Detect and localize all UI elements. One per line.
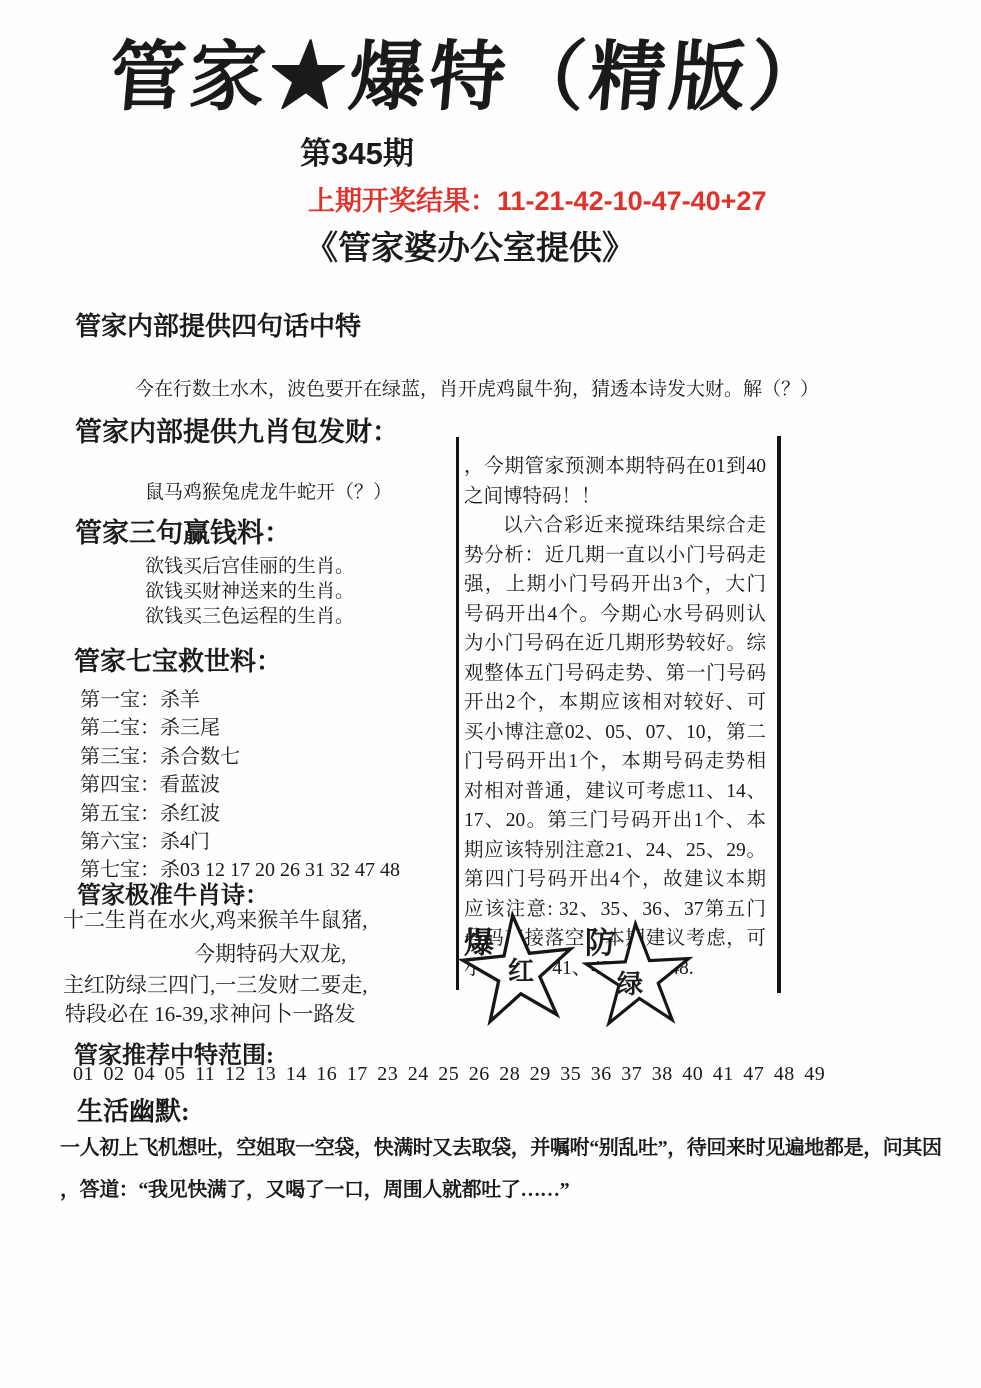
issue-number: 第345期 [252,128,462,173]
three-sentence-list: 欲钱买后宫佳丽的生肖。 欲钱买财神送来的生肖。 欲钱买三色运程的生肖。 [145,554,354,629]
poem-line: 主红防绿三四门,一三发财二要走, [63,969,368,999]
section-heading-nine-zodiac: 管家内部提供九肖包发财： [75,410,399,449]
recommended-numbers-row: 01 02 04 05 11 12 13 14 16 17 23 24 25 2… [73,1063,825,1086]
section-heading-seven-treasures: 管家七宝救世料： [74,641,282,678]
star-label-red: 红 [508,951,534,988]
treasure-item: 第六宝：杀4门 [80,828,400,856]
treasure-item: 第五宝：杀红波 [80,800,400,828]
star-label-guard: 防 [585,918,615,962]
poem-line: 十二生肖在水火,鸡来猴羊牛鼠猪, [63,904,368,934]
analysis-paragraph: ，今期管家预测本期特码在01到40之间博特码！！ [464,452,766,511]
poem-line: 特段必在 16-39,求神问卜一路发 [65,998,356,1028]
poem-line: 今期特码大双龙, [194,938,346,968]
trend-analysis-text: ，今期管家预测本期特码在01到40之间博特码！！ 以六合彩近来搅珠结果综合走势分… [464,452,766,983]
three-sentence-line: 欲钱买后宫佳丽的生肖。 [145,554,354,579]
three-sentence-line: 欲钱买三色运程的生肖。 [145,604,354,629]
provider-line: 《管家婆办公室提供》 [240,222,700,269]
section-heading-humor: 生活幽默: [77,1091,190,1128]
three-sentence-line: 欲钱买财神送来的生肖。 [145,579,354,604]
four-sentence-verse: 今在行数土水木，波色要开在绿蓝，肖开虎鸡鼠牛狗，猜透本诗发大财。解（？） [135,374,819,401]
section-heading-four-sentence: 管家内部提供四句话中特 [75,306,361,343]
treasure-item: 第三宝：杀合数七 [80,743,400,771]
last-result-value: 11-21-42-10-47-40+27 [497,186,766,216]
column-divider-right [777,436,781,993]
treasure-item: 第一宝：杀羊 [80,686,400,714]
star-label-burst: 爆 [464,918,494,962]
humor-line: ，答道：“我见快满了，又喝了一口，周围人就都吐了……” [60,1173,569,1202]
seven-treasures-list: 第一宝：杀羊 第二宝：杀三尾 第三宝：杀合数七 第四宝：看蓝波 第五宝：杀红波 … [80,686,400,885]
treasure-item: 第二宝：杀三尾 [80,714,400,742]
star-label-green: 绿 [617,964,643,1001]
humor-line: 一人初上飞机想吐，空姐取一空袋，快满时又去取袋，并嘱咐“别乱吐”，待回来时见遍地… [60,1131,942,1160]
last-result-label: 上期开奖结果： [308,186,497,216]
lottery-tip-sheet: 管家★爆特（精版） 第345期 上期开奖结果：11-21-42-10-47-40… [0,0,981,1388]
treasure-item: 第四宝：看蓝波 [80,771,400,799]
section-heading-three-sentence: 管家三句赢钱料： [75,511,291,550]
page-title: 管家★爆特（精版） [50,16,890,125]
column-divider-left [456,437,459,990]
nine-zodiac-line: 鼠马鸡猴兔虎龙牛蛇开（？） [145,477,392,504]
last-draw-result: 上期开奖结果：11-21-42-10-47-40+27 [308,179,766,218]
